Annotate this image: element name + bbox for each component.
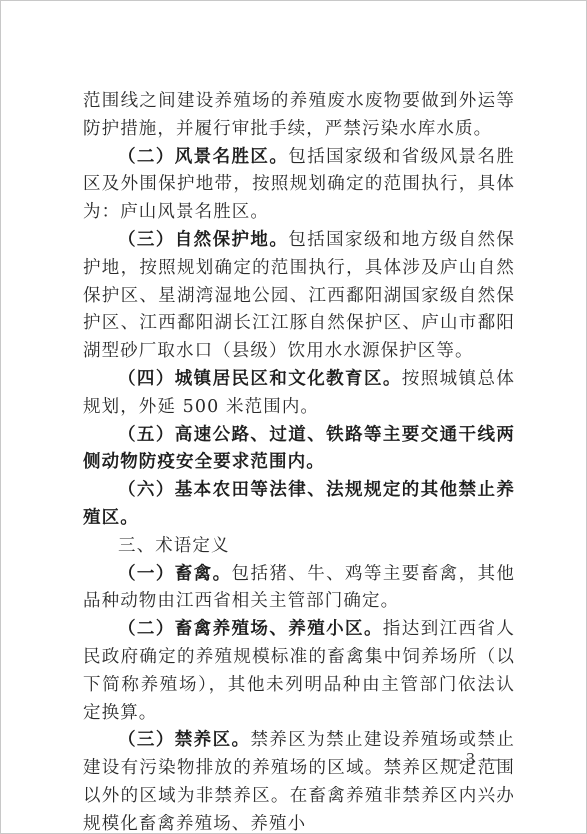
paragraph-heading: （四）城镇居民区和文化教育区。 bbox=[118, 369, 402, 389]
definition-heading: （一）畜禽。 bbox=[118, 564, 232, 584]
paragraph-heading: （六）基本农田等法律、法规规定的其他禁止养殖区。 bbox=[83, 480, 515, 528]
definition-prohibited-zone: （三）禁养区。禁养区为禁止建设养殖场或禁止建设有污染物排放的养殖场的区域。禁养区… bbox=[83, 727, 515, 834]
paragraph-farmland: （六）基本农田等法律、法规规定的其他禁止养殖区。 bbox=[83, 477, 515, 533]
paragraph-continuation: 范围线之间建设养殖场的养殖废水废物要做到外运等防护措施，并履行审批手续，严禁污染… bbox=[83, 88, 515, 144]
paragraph-heading: （五）高速公路、过道、铁路等主要交通干线两侧动物防疫安全要求范围内。 bbox=[83, 425, 515, 473]
definition-heading: （二）畜禽养殖场、养殖小区。 bbox=[118, 619, 383, 639]
document-body: 范围线之间建设养殖场的养殖废水废物要做到外运等防护措施，并履行审批手续，严禁污染… bbox=[83, 88, 515, 834]
definition-livestock: （一）畜禽。包括猪、牛、鸡等主要畜禽，其他品种动物由江西省相关主管部门确定。 bbox=[83, 561, 515, 617]
definition-farm: （二）畜禽养殖场、养殖小区。指达到江西省人民政府确定的养殖规模标准的畜禽集中饲养… bbox=[83, 616, 515, 727]
paragraph-residential-area: （四）城镇居民区和文化教育区。按照城镇总体规划，外延 500 米范围内。 bbox=[83, 366, 515, 422]
document-page: 范围线之间建设养殖场的养殖废水废物要做到外运等防护措施，并履行审批手续，严禁污染… bbox=[0, 0, 587, 834]
paragraph-heading: （三）自然保护地。 bbox=[118, 230, 288, 250]
paragraph-nature-reserve: （三）自然保护地。包括国家级和地方级自然保护地，按照规划确定的范围执行，具体涉及… bbox=[83, 227, 515, 366]
paragraph-heading: （二）风景名胜区。 bbox=[118, 147, 288, 167]
definition-heading: （三）禁养区。 bbox=[118, 730, 250, 750]
paragraph-scenic-area: （二）风景名胜区。包括国家级和省级风景名胜区及外围保护地带，按照规划确定的范围执… bbox=[83, 144, 515, 227]
section-heading: 三、术语定义 bbox=[83, 533, 515, 561]
page-number: — 3 — bbox=[443, 749, 499, 769]
paragraph-traffic-lines: （五）高速公路、过道、铁路等主要交通干线两侧动物防疫安全要求范围内。 bbox=[83, 422, 515, 478]
paragraph-text: 范围线之间建设养殖场的养殖废水废物要做到外运等防护措施，并履行审批手续，严禁污染… bbox=[83, 91, 515, 139]
